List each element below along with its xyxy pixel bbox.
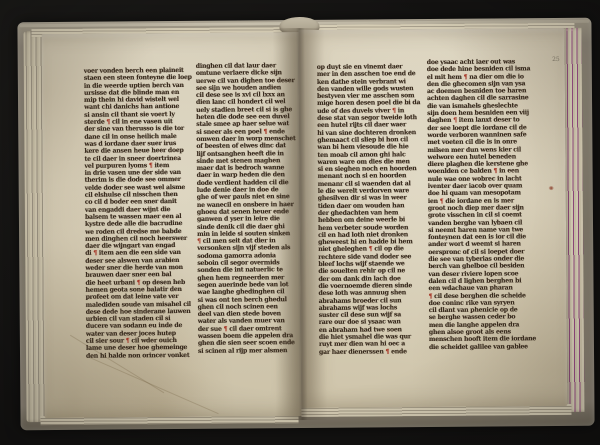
text-line: mer in den asschen toe end de: [317, 70, 423, 78]
text-line: gar haer dienerssen ¶ ende: [319, 348, 425, 356]
right-page-column-2: doe ysaac acht iaer out wasdoe dede hine…: [427, 58, 537, 359]
text-line: stale smee ap haer selue wat: [196, 120, 302, 128]
fore-edge-right: [564, 28, 584, 412]
open-book: 25 voer vonden berch een plaineitstaen e…: [17, 18, 594, 430]
right-page-column-1: op duyt sie en vinemt daermer in den ass…: [317, 63, 425, 362]
parchment-crease: [90, 357, 219, 414]
ink-stain: [549, 186, 554, 190]
text-line: mige horen desen poel die bi da: [317, 100, 423, 108]
left-page-column-2: dinghen cil dat laur daeromtune verlaere…: [196, 62, 304, 363]
manuscript-photo: 25 voer vonden berch een plaineitstaen e…: [0, 0, 600, 445]
text-line: wan bi hem viesoude die hie: [317, 143, 423, 151]
text-line: die scheidet galilee van gablee: [429, 343, 537, 351]
text-line: doe hi quam van mesopotam: [428, 190, 536, 198]
text-line: achten daghen cil die sarrasine: [427, 95, 535, 103]
text-line: den hi halde non orincer vonket: [86, 351, 194, 359]
text-line: si scinen al rijp mer alsmen: [198, 347, 304, 355]
text-line: ducere van sodann eu inde de: [86, 322, 194, 330]
left-page-column-1: voer vonden berch een plaineitstaen een …: [84, 67, 194, 364]
text-line: ghen die sien seer scoen ende: [198, 339, 304, 347]
folio-number: 25: [552, 56, 560, 63]
text-line: co cil d boder een sner danit: [85, 198, 193, 206]
text-line: versonken sijn vijf steden als: [197, 244, 303, 252]
text-line: berch van ghelboe cil besiden: [428, 263, 536, 271]
